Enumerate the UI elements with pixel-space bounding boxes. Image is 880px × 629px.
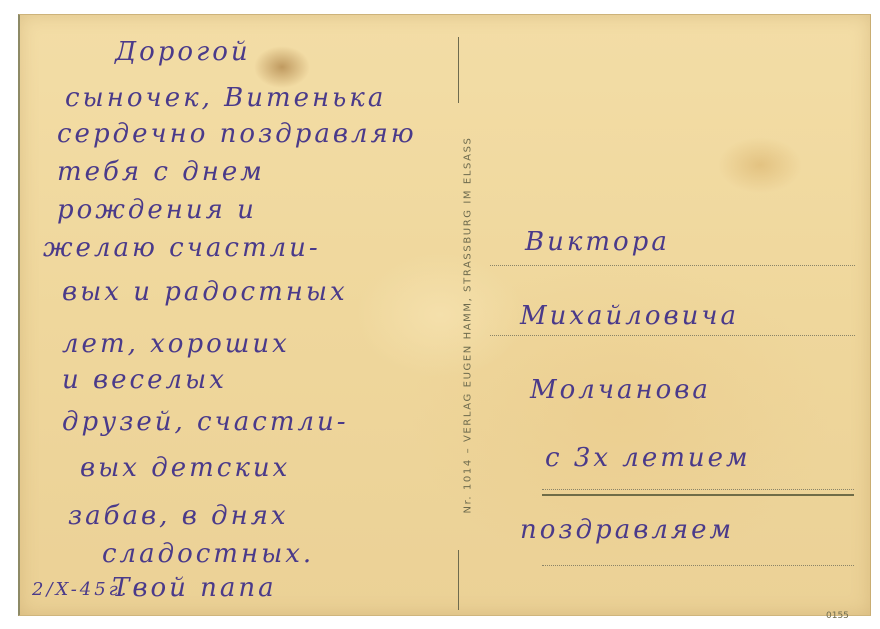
- address-rule: [490, 335, 855, 336]
- address-line: Молчанова: [530, 375, 711, 405]
- address-rule: [542, 489, 854, 490]
- message-line: сыночек, Витенька: [65, 83, 386, 113]
- message-line: сердечно поздравляю: [57, 119, 417, 149]
- message-line: рождения и: [57, 195, 257, 225]
- message-line: друзей, счастли-: [62, 407, 349, 437]
- address-line: Михайловича: [520, 301, 739, 331]
- message-line: сладостных.: [102, 539, 314, 569]
- message-line: забав, в днях: [68, 501, 289, 531]
- address-line: поздравляем: [520, 515, 734, 545]
- address-rule-solid: [542, 494, 854, 496]
- address-rule: [542, 565, 854, 566]
- postcard: Дорогой сыночек, Витенька сердечно поздр…: [18, 14, 871, 616]
- publisher-imprint: Nr. 1014 – VERLAG EUGEN HAMM, STRASSBURG…: [463, 137, 474, 514]
- message-line: вых и радостных: [62, 277, 348, 307]
- address-rule: [490, 265, 855, 266]
- message-signature: Твой папа: [112, 573, 277, 603]
- address-line: Виктора: [525, 227, 670, 257]
- message-line: тебя с днем: [57, 157, 265, 187]
- card-code: 0155: [826, 611, 849, 621]
- divider-top: [458, 37, 459, 103]
- message-line: и веселых: [62, 365, 227, 395]
- message-line: лет, хороших: [62, 329, 290, 359]
- divider-bottom: [458, 550, 459, 610]
- address-line: с 3х летием: [545, 443, 751, 473]
- message-line: вых детских: [80, 453, 290, 483]
- message-line: желаю счастли-: [43, 233, 321, 263]
- message-line: Дорогой: [115, 37, 251, 67]
